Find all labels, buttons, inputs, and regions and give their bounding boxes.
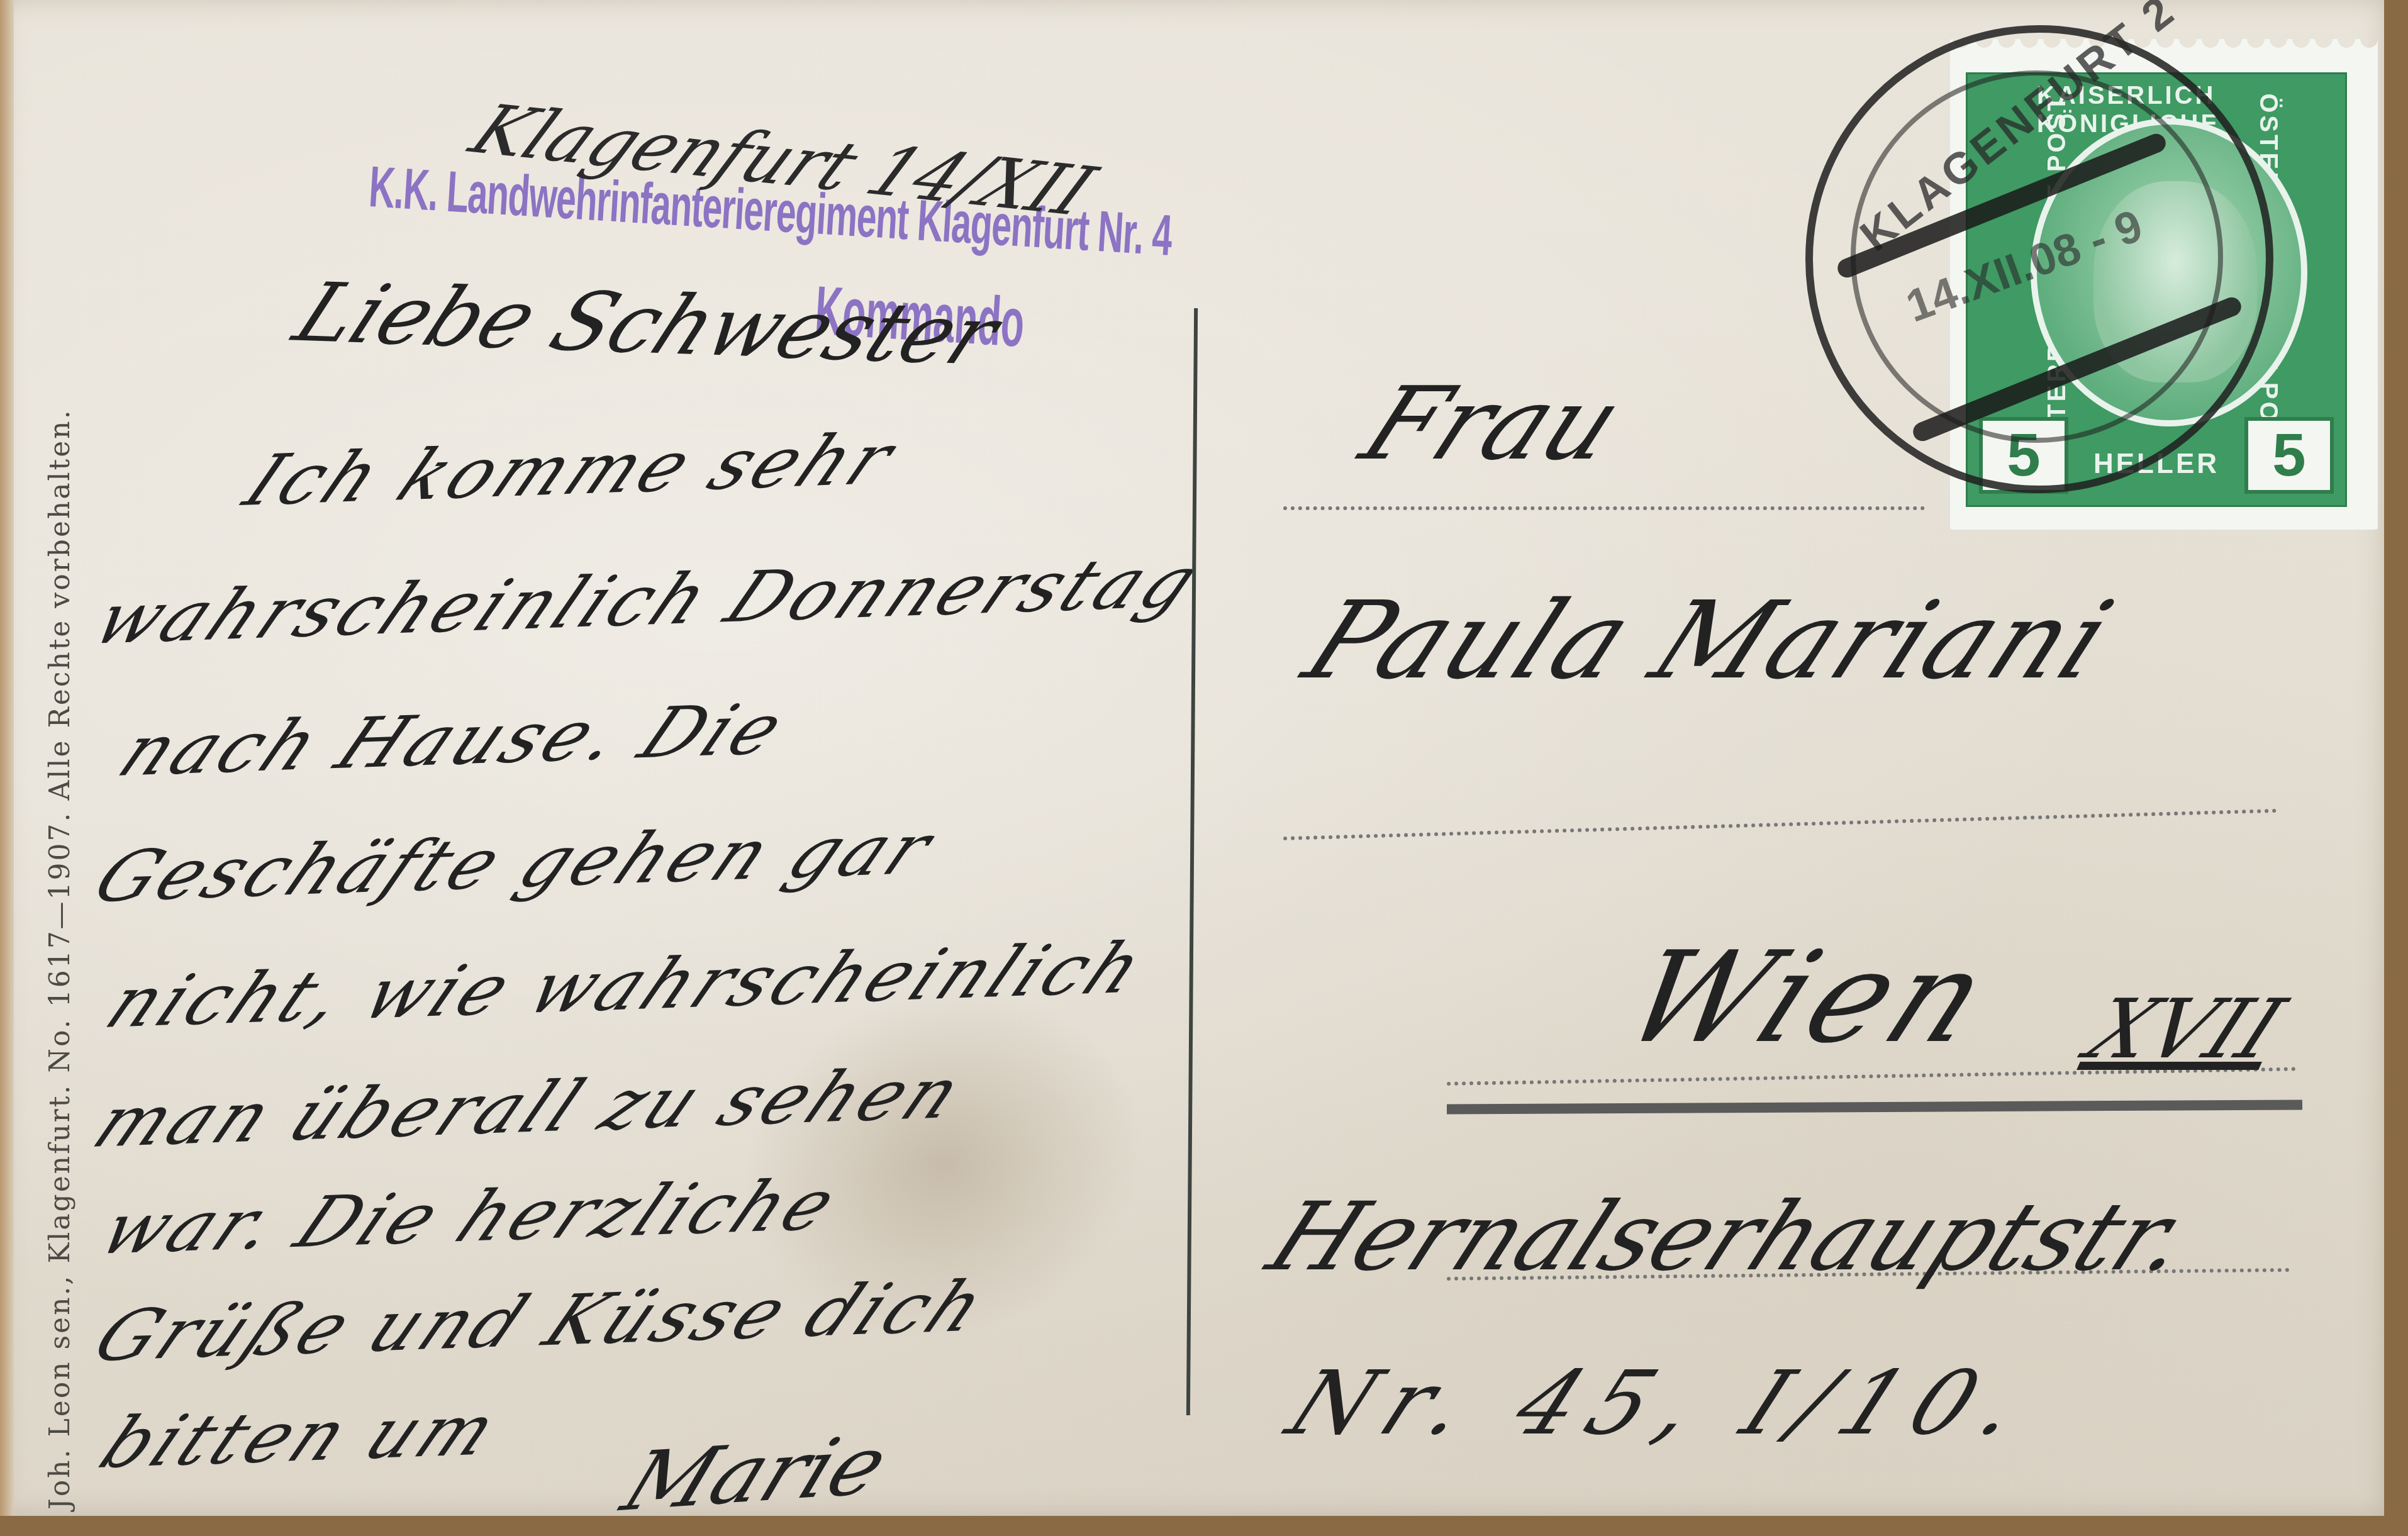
stamp-value: 5 <box>2244 417 2334 494</box>
message-line: war. Die herzliche <box>87 1164 854 1271</box>
recipient-district: XVII <box>2073 981 2298 1077</box>
message-line: wahrscheinlich Donnerstag <box>81 541 1215 660</box>
message-line: nach Hause. Die <box>106 688 801 793</box>
address-line-dotted <box>1283 506 1925 510</box>
postmark: KLAGENFURT 2 14.XII.08 - 9 <box>1805 25 2273 493</box>
postcard: Joh. Leon sen., Klagenfurt. No. 1617—190… <box>0 0 2384 1516</box>
card-edge <box>0 0 14 1516</box>
signature: Marie <box>610 1417 901 1530</box>
publisher-imprint: Joh. Leon sen., Klagenfurt. No. 1617—190… <box>44 63 76 1510</box>
message-line: Ich komme sehr <box>231 418 911 522</box>
address-line-solid <box>1447 1099 2302 1114</box>
recipient-city: Wien <box>1603 925 2016 1071</box>
recipient-title: Frau <box>1345 365 1640 482</box>
address-line-dotted <box>1283 809 2277 840</box>
message-line: Geschäfte gehen gar <box>81 808 949 918</box>
recipient-name: Paula Mariani <box>1287 579 2132 703</box>
message-line: bitten um <box>87 1389 514 1484</box>
recipient-street: Hernalserhauptstr. <box>1252 1183 2208 1292</box>
recipient-house-number: Nr. 45, I/10. <box>1273 1352 2053 1455</box>
